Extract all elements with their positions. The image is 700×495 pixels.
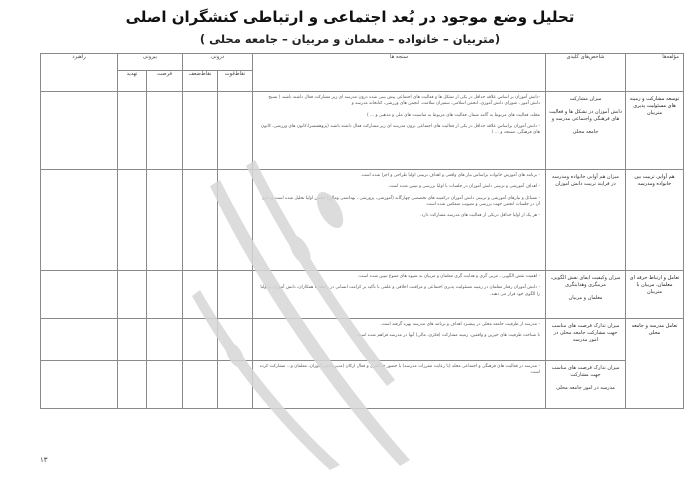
header-weaknesses: نقاط‌ضعف — [183, 71, 218, 92]
indicator-text: دانش آموزان در تشکل ها و فعالیت های فرهن… — [549, 109, 622, 123]
header-opportunities: فرصت — [147, 71, 183, 92]
indicator-cell: میزان مشارکت دانش آموزان در تشکل ها و فع… — [546, 92, 626, 170]
measure-text: - مسائل و نیازهای آموزشی و تربیتی دانش آ… — [258, 196, 540, 209]
header-internal: درونی — [183, 54, 253, 71]
weaknesses-cell[interactable] — [183, 271, 218, 319]
strategy-cell[interactable] — [41, 319, 118, 361]
page-title: تحلیل وضع موجود در بُعد اجتماعی و ارتباط… — [0, 8, 700, 26]
indicator-text: میزان وکیفیت ایفای نقش الگویی، مربیگری و… — [549, 275, 622, 289]
measure-text: - هر یک از اولیا حداقل دریکی از فعالیت ه… — [258, 213, 540, 219]
threats-cell[interactable] — [118, 361, 147, 409]
indicator-text: جامعه محلی — [549, 129, 622, 136]
table-row: هم آوایی تربیت بین خانواده ومدرسه میزان … — [41, 170, 684, 271]
strengths-cell[interactable] — [218, 271, 253, 319]
opportunities-cell[interactable] — [147, 271, 183, 319]
measure-text: - دانش آموزان براساس علاقه حداقل در یکی … — [258, 124, 540, 137]
document-page: تحلیل وضع موجود در بُعد اجتماعی و ارتباط… — [0, 0, 700, 495]
measure-text: - اهمیت نقش الگویی ، مربی گری و هدایت گر… — [258, 274, 540, 280]
strengths-cell[interactable] — [218, 92, 253, 170]
strengths-cell[interactable] — [218, 361, 253, 409]
indicator-cell: میزان تدارک فرصت های مناسب جهت مشارکت جا… — [546, 319, 626, 361]
indicator-text: معلمان و مربیان — [549, 295, 622, 302]
opportunities-cell[interactable] — [147, 319, 183, 361]
indicator-text: میزان مشارکت — [549, 96, 622, 103]
measures-cell: - برنامه های آموزش خانواده براساس نیاز ه… — [253, 170, 546, 271]
header-external: بیرونی — [118, 54, 183, 71]
measures-cell: - مدرسه در فعالیت های فرهنگی و اجتماعی م… — [253, 361, 546, 409]
measure-text: محله، فعالیت های مربوط به گامه شمار، فعا… — [258, 113, 540, 119]
page-subtitle: (متربیان – خانواده – معلمان و مربیان – ج… — [0, 32, 700, 46]
table-row: تعامل مدرسه و جامعه محلی میزان تدارک فرص… — [41, 319, 684, 361]
indicator-text: میزان هم آوایی خانواده ومدرسه در فرایند … — [549, 174, 622, 188]
indicator-cell: میزان هم آوایی خانواده ومدرسه در فرایند … — [546, 170, 626, 271]
component-cell: تعامل مدرسه و جامعه محلی — [626, 319, 684, 409]
header-strategy: راهبرد — [41, 54, 118, 92]
header-indicators: شاخص‌های کلیدی — [546, 54, 626, 92]
page-number: ۱۳ — [40, 456, 48, 464]
table-row: توسعه مشارکت و زمینه های مسئولیت پذیری م… — [41, 92, 684, 170]
measure-text: - مدرسه از ظرفیت جامعه محلی در پیشبرد اه… — [258, 322, 540, 328]
measure-text: - اهداف آموزشی و تربیتی دانش آموزان در ج… — [258, 184, 540, 190]
weaknesses-cell[interactable] — [183, 170, 218, 271]
component-cell: تعامل و ارتباط حرفه ای معلمان، مربیان با… — [626, 271, 684, 319]
analysis-table: مؤلفه‌ها شاخص‌های کلیدی سنجه ها درونی بی… — [40, 53, 684, 409]
opportunities-cell[interactable] — [147, 170, 183, 271]
threats-cell[interactable] — [118, 92, 147, 170]
threats-cell[interactable] — [118, 271, 147, 319]
weaknesses-cell[interactable] — [183, 319, 218, 361]
table-row: میزان تدارک فرصت های مناسب جهت مشارکت مد… — [41, 361, 684, 409]
strategy-cell[interactable] — [41, 361, 118, 409]
strengths-cell[interactable] — [218, 170, 253, 271]
measure-text: - دانش آموزان رفتار معلمان در زمینه مسئو… — [258, 285, 540, 298]
opportunities-cell[interactable] — [147, 92, 183, 170]
indicator-text: مدرسه در امور جامعه محلی — [549, 385, 622, 392]
strategy-cell[interactable] — [41, 271, 118, 319]
strategy-cell[interactable] — [41, 170, 118, 271]
indicator-text: میزان تدارک فرصت های مناسب جهت مشارکت — [549, 365, 622, 379]
measures-cell: - اهمیت نقش الگویی ، مربی گری و هدایت گر… — [253, 271, 546, 319]
indicator-cell: میزان وکیفیت ایفای نقش الگویی، مربیگری و… — [546, 271, 626, 319]
measure-text: با شناخت ظرفیت های خیرین و واقفین، زمینه… — [258, 333, 540, 339]
component-cell: توسعه مشارکت و زمینه های مسئولیت پذیری م… — [626, 92, 684, 170]
measures-cell: - مدرسه از ظرفیت جامعه محلی در پیشبرد اه… — [253, 319, 546, 361]
strategy-cell[interactable] — [41, 92, 118, 170]
table-row: تعامل و ارتباط حرفه ای معلمان، مربیان با… — [41, 271, 684, 319]
strengths-cell[interactable] — [218, 319, 253, 361]
header-threats: تهدید — [118, 71, 147, 92]
measure-text: -دانش آموزان بر اساس علاقه حداقل در یکی … — [258, 95, 540, 108]
header-components: مؤلفه‌ها — [626, 54, 684, 92]
component-cell: هم آوایی تربیت بین خانواده ومدرسه — [626, 170, 684, 271]
opportunities-cell[interactable] — [147, 361, 183, 409]
header-strengths: نقاط‌قوت — [218, 71, 253, 92]
threats-cell[interactable] — [118, 319, 147, 361]
header-measures: سنجه ها — [253, 54, 546, 92]
weaknesses-cell[interactable] — [183, 92, 218, 170]
indicator-cell: میزان تدارک فرصت های مناسب جهت مشارکت مد… — [546, 361, 626, 409]
threats-cell[interactable] — [118, 170, 147, 271]
weaknesses-cell[interactable] — [183, 361, 218, 409]
measure-text: - مدرسه در فعالیت های فرهنگی و اجتماعی م… — [258, 364, 540, 377]
measures-cell: -دانش آموزان بر اساس علاقه حداقل در یکی … — [253, 92, 546, 170]
indicator-text: میزان تدارک فرصت های مناسب جهت مشارکت جا… — [549, 323, 622, 344]
measure-text: - برنامه های آموزش خانواده براساس نیاز ه… — [258, 173, 540, 179]
